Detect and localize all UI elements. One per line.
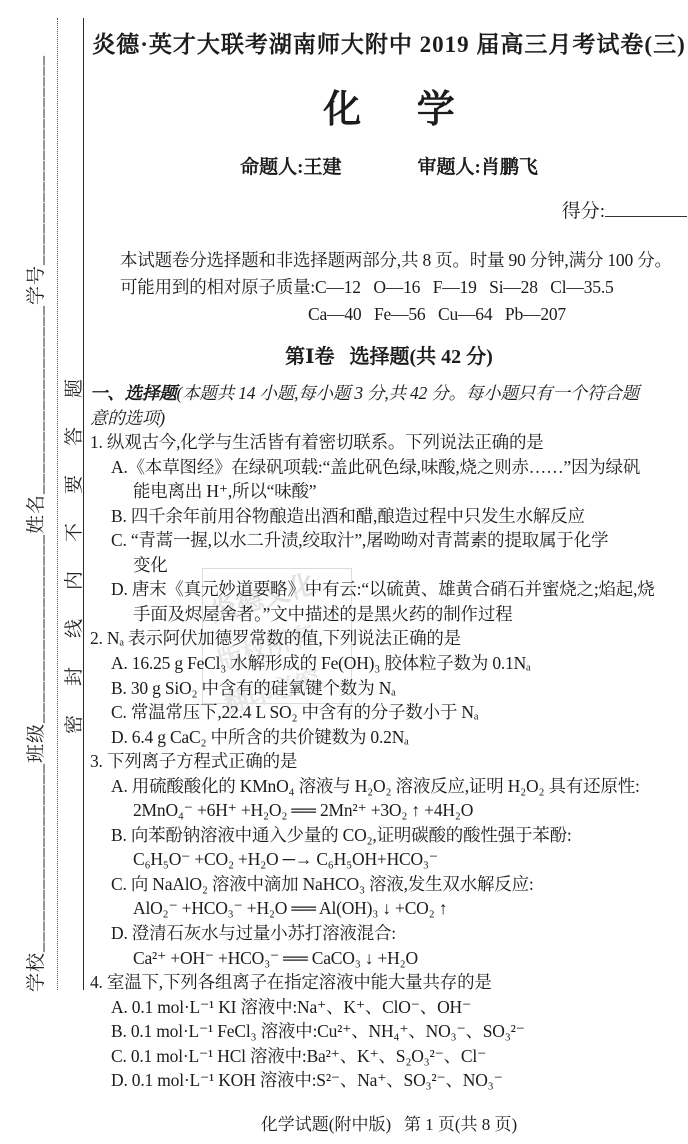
text-line: D. 0.1 mol·L⁻¹ KOH 溶液中:S²⁻、Na⁺、SO₃²⁻、NO₃… (90, 1068, 688, 1093)
atomic-mass-line-2: Ca—40 Fe—56 Cu—64 Pb—207 (90, 301, 688, 328)
exam-paper-page: 学校__________________班级__________________… (0, 0, 688, 1144)
score-blank-line (605, 198, 687, 217)
text-line: A. 用硫酸酸化的 KMnO₄ 溶液与 H₂O₂ 溶液反应,证明 H₂O₂ 具有… (90, 774, 688, 799)
text-line: C. 向 NaAlO₂ 溶液中滴加 NaHCO₃ 溶液,发生双水解反应: (90, 872, 688, 897)
setter-label: 命题人:王建 (240, 152, 341, 179)
text-line: 变化 (90, 553, 688, 578)
text-line: 手面及烬屋舍者。”文中描述的是黑火药的制作过程 (90, 602, 688, 627)
text-line: 意的选项) (90, 406, 688, 431)
text-line: D. 澄清石灰水与过量小苏打溶液混合: (90, 921, 688, 946)
text-line: 2MnO₄⁻ +6H⁺ +H₂O₂ ══ 2Mn²⁺ +3O₂ ↑ +4H₂O (90, 798, 688, 823)
text-line: B. 30 g SiO₂ 中含有的硅氧键个数为 Nₐ (90, 676, 688, 701)
text-line: A.《本草图经》在绿矾项载:“盖此矾色绿,味酸,烧之则赤……”因为绿矾 (90, 455, 688, 480)
seal-warning-text: 密封线内不要答题 (59, 350, 86, 734)
score-label: 得分: (562, 201, 605, 222)
text-line-bold-lead: 一、选择题 (90, 383, 177, 403)
text-line: A. 0.1 mol·L⁻¹ KI 溶液中:Na⁺、K⁺、ClO⁻、OH⁻ (90, 995, 688, 1020)
text-line: AlO₂⁻ +HCO₃⁻ +H₂O ══ Al(OH)₃ ↓ +CO₂ ↑ (90, 896, 688, 921)
text-line: 4. 室温下,下列各组离子在指定溶液中能大量共存的是 (90, 970, 688, 995)
text-line: A. 16.25 g FeCl₃ 水解形成的 Fe(OH)₃ 胶体粒子数为 0.… (90, 651, 688, 676)
page-footer: 化学试题(附中版) 第 1 页(共 8 页) (90, 1110, 688, 1135)
section-title: 第Ⅰ卷 选择题(共 42 分) (90, 340, 688, 369)
score-block: 得分: (562, 196, 687, 223)
text-line: 2. Nₐ 表示阿伏加德罗常数的值,下列说法正确的是 (90, 626, 688, 651)
text-line: 能电离出 H⁺,所以“味酸” (90, 479, 688, 504)
text-line: C. 0.1 mol·L⁻¹ HCl 溶液中:Ba²⁺、K⁺、S₂O₃²⁻、Cl… (90, 1044, 688, 1069)
intro-line-1: 本试题卷分选择题和非选择题两部分,共 8 页。时量 90 分钟,满分 100 分… (90, 247, 688, 274)
subject-title: 化 学 (90, 78, 688, 133)
question-lines: 一、选择题(本题共 14 小题,每小题 3 分,共 42 分。每小题只有一个符合… (90, 381, 688, 1095)
text-line: 3. 下列离子方程式正确的是 (90, 749, 688, 774)
student-fields: 学校__________________班级__________________… (21, 55, 48, 992)
text-line: D. 唐末《真元妙道要略》中有云:“以硫黄、雄黄合硝石并蜜烧之;焰起,烧 (90, 577, 688, 602)
text-line: B. 四千余年前用谷物酿造出酒和醋,酿造过程中只发生水解反应 (90, 504, 688, 529)
text-line: 1. 纵观古今,化学与生活皆有着密切联系。下列说法正确的是 (90, 430, 688, 455)
reviewer-label: 审题人:肖鹏飞 (418, 152, 538, 179)
text-line: C. 常温常压下,22.4 L SO₂ 中含有的分子数小于 Nₐ (90, 700, 688, 725)
text-line: D. 6.4 g CaC₂ 中所含的共价键数为 0.2Nₐ (90, 725, 688, 750)
text-line: 一、选择题(本题共 14 小题,每小题 3 分,共 42 分。每小题只有一个符合… (90, 381, 688, 406)
atomic-mass-line-1: 可能用到的相对原子质量:C—12 O—16 F—19 Si—28 Cl—35.5 (90, 274, 688, 301)
intro-paragraph: 本试题卷分选择题和非选择题两部分,共 8 页。时量 90 分钟,满分 100 分… (90, 247, 688, 328)
text-line: B. 0.1 mol·L⁻¹ FeCl₃ 溶液中:Cu²⁺、NH₄⁺、NO₃⁻、… (90, 1019, 688, 1044)
seal-dotted-line (57, 18, 58, 990)
text-line: C₆H₅O⁻ +CO₂ +H₂O ─→ C₆H₅OH+HCO₃⁻ (90, 847, 688, 872)
authors-row: 命题人:王建 审题人:肖鹏飞 (90, 152, 688, 179)
text-line: Ca²⁺ +OH⁻ +HCO₃⁻ ══ CaCO₃ ↓ +H₂O (90, 946, 688, 971)
text-line: C. “青蒿一握,以水二升渍,绞取汁”,屠呦呦对青蒿素的提取属于化学 (90, 528, 688, 553)
text-line: B. 向苯酚钠溶液中通入少量的 CO₂,证明碳酸的酸性强于苯酚: (90, 823, 688, 848)
exam-title: 炎德·英才大联考湖南师大附中 2019 届高三月考试卷(三) (90, 26, 688, 59)
